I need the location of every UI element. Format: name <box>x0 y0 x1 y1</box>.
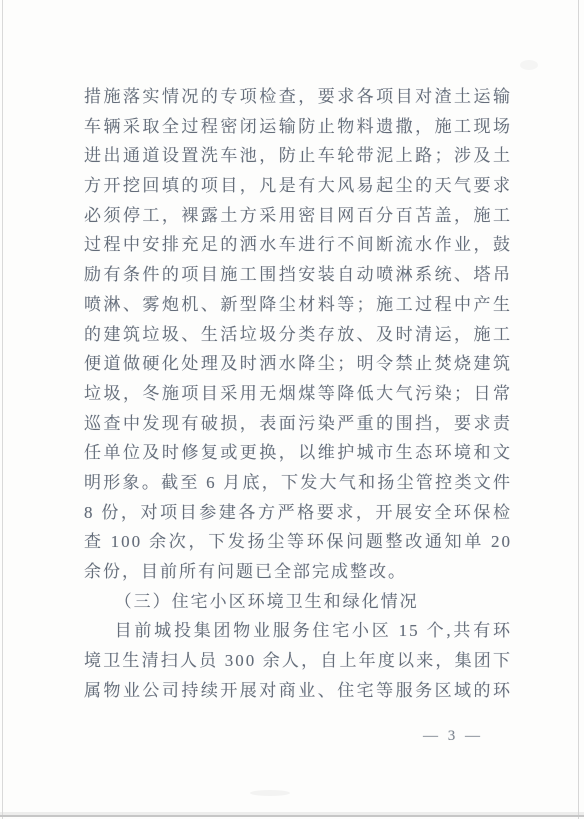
page-number: — 3 — <box>408 724 498 748</box>
text-line: 的建筑垃圾、生活垃圾分类存放、及时清运，施工 <box>84 320 512 350</box>
document-body: 措施落实情况的专项检查，要求各项目对渣土运输 车辆采取全过程密闭运输防止物料遗撒… <box>84 82 512 705</box>
text-line: 巡查中发现有破损，表面污染严重的围挡，要求责 <box>84 409 512 439</box>
text-line: 查 100 余次，下发扬尘等环保问题整改通知单 20 <box>84 527 512 557</box>
text-line: 措施落实情况的专项检查，要求各项目对渣土运输 <box>84 82 512 112</box>
text-line: 过程中安排充足的洒水车进行不间断流水作业，鼓 <box>84 230 512 260</box>
text-line: 方开挖回填的项目，凡是有大风易起尘的天气要求 <box>84 171 512 201</box>
text-line: 明形象。截至 6 月底，下发大气和扬尘管控类文件 <box>84 468 512 498</box>
text-line: 目前城投集团物业服务住宅小区 15 个,共有环 <box>84 616 512 646</box>
text-line: 垃圾，冬施项目采用无烟煤等降低大气污染；日常 <box>84 379 512 409</box>
text-line: 车辆采取全过程密闭运输防止物料遗撒，施工现场 <box>84 112 512 142</box>
text-line: 必须停工，裸露土方采用密目网百分百苫盖，施工 <box>84 201 512 231</box>
text-line: 励有条件的项目施工围挡安装自动喷淋系统、塔吊 <box>84 260 512 290</box>
text-line: 属物业公司持续开展对商业、住宅等服务区域的环 <box>84 676 512 706</box>
text-line: 余份，目前所有问题已全部完成整改。 <box>84 557 512 587</box>
scan-smudge <box>520 60 538 70</box>
text-line: 喷淋、雾炮机、新型降尘材料等；施工过程中产生 <box>84 290 512 320</box>
scan-edge-bottom <box>0 815 584 817</box>
scan-smudge <box>250 790 290 796</box>
scan-edge-left <box>2 0 3 819</box>
text-line: 8 份，对项目参建各方严格要求，开展安全环保检 <box>84 498 512 528</box>
section-heading: （三）住宅小区环境卫生和绿化情况 <box>84 587 512 617</box>
scanned-document-page: 措施落实情况的专项检查，要求各项目对渣土运输 车辆采取全过程密闭运输防止物料遗撒… <box>0 0 584 819</box>
text-line: 便道做硬化处理及时洒水降尘；明令禁止焚烧建筑 <box>84 349 512 379</box>
text-line: 任单位及时修复或更换，以维护城市生态环境和文 <box>84 438 512 468</box>
scan-edge-right <box>578 0 579 819</box>
text-line: 进出通道设置洗车池，防止车轮带泥上路；涉及土 <box>84 141 512 171</box>
text-line: 境卫生清扫人员 300 余人，自上年度以来，集团下 <box>84 646 512 676</box>
